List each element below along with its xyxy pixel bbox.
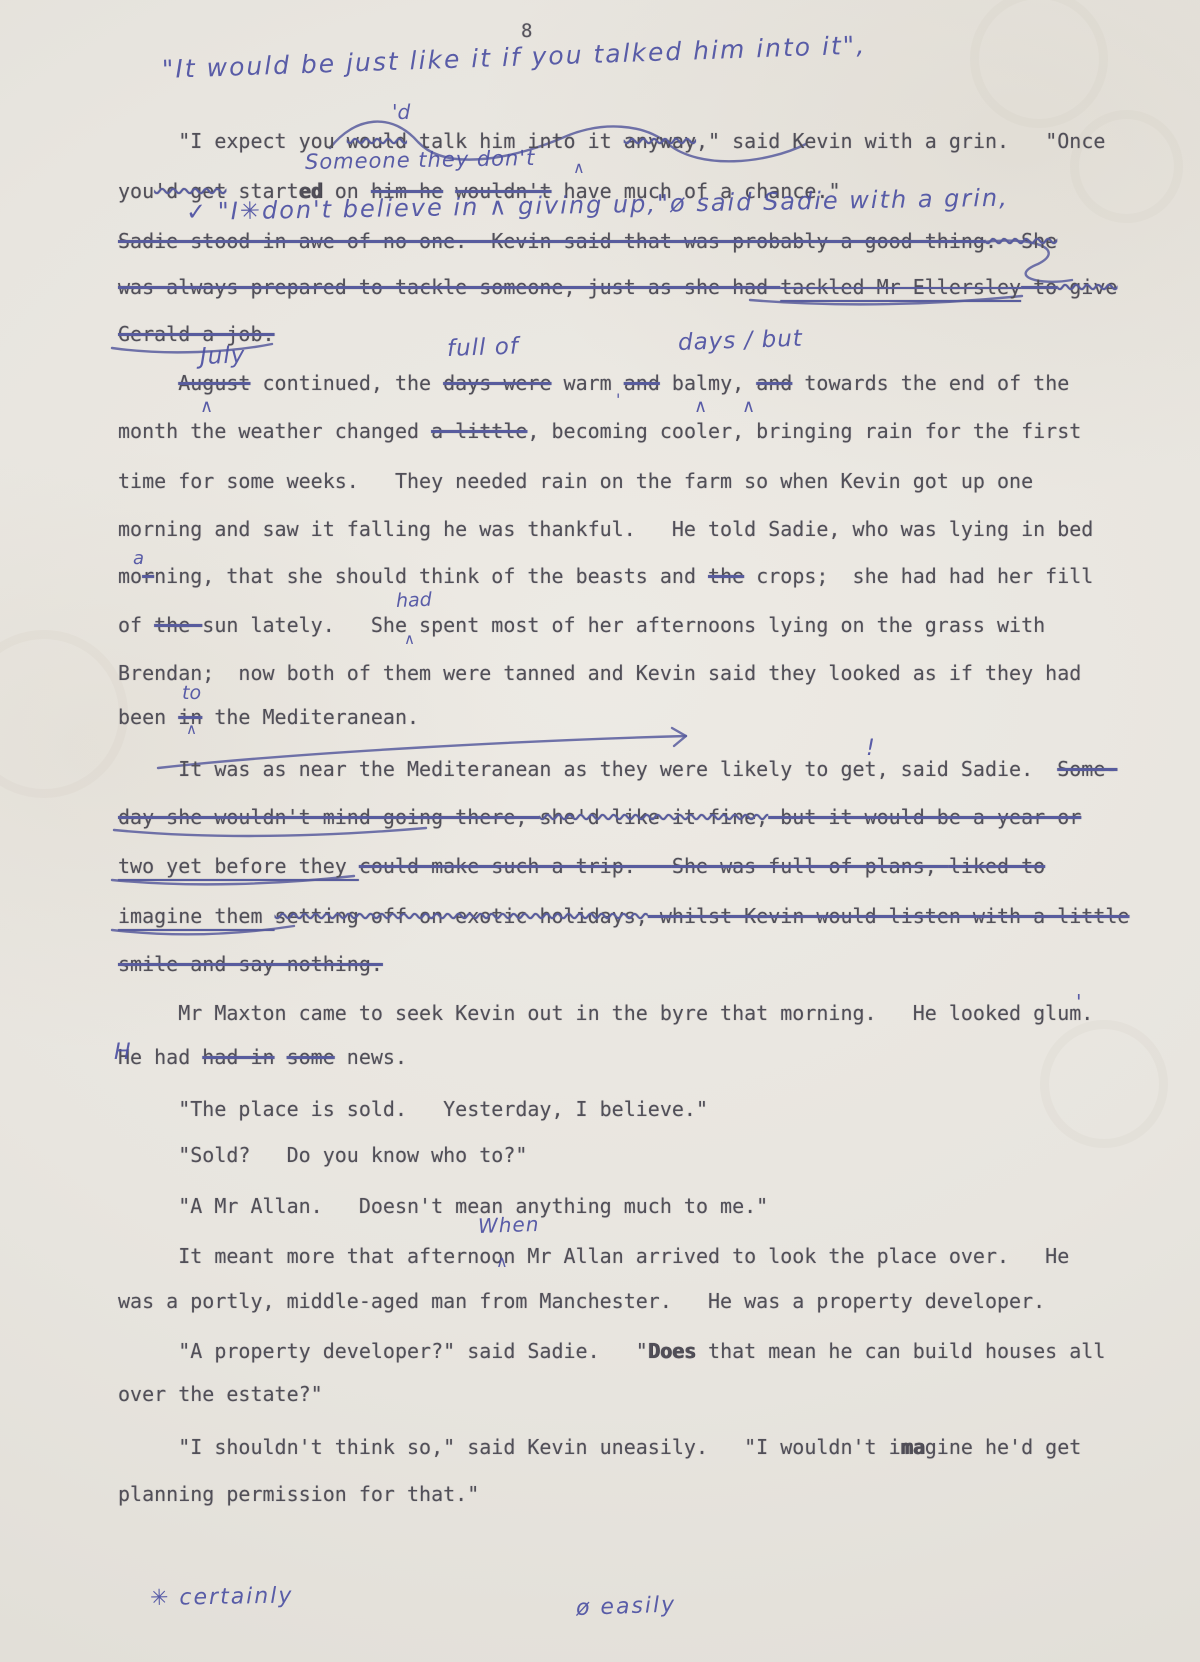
paper-texture-circle xyxy=(0,630,128,798)
typed-text: been xyxy=(118,705,178,729)
typed-text: ," said Kevin with a grin. "Once xyxy=(696,129,1105,153)
struck-typed-text: and xyxy=(756,371,792,395)
typed-text: "A Mr Allan. Doesn't mean anything much … xyxy=(118,1194,768,1218)
handwritten-annotation: a xyxy=(133,548,144,569)
struck-typed-text: and xyxy=(624,371,660,395)
typed-text: balmy, xyxy=(660,371,756,395)
handwritten-annotation: ∧ xyxy=(742,396,755,417)
typed-text: towards the end of the xyxy=(792,371,1069,395)
typed-text: Mr Allan arrived to look the place over.… xyxy=(515,1244,1069,1268)
typed-line: August continued, the days were warm and… xyxy=(118,372,1069,394)
typed-text: you xyxy=(118,179,154,203)
struck-typed-text: tackled Mr Ellersley xyxy=(780,275,1021,299)
typed-line: morning and saw it falling he was thankf… xyxy=(118,518,1093,540)
typed-line: month the weather changed a little, beco… xyxy=(118,420,1081,442)
typed-line: Brendan; now both of them were tanned an… xyxy=(118,662,1081,684)
pen-stroke xyxy=(114,828,426,836)
typed-line: of the sun lately. She spent most of her… xyxy=(118,614,1045,636)
typed-line: "The place is sold. Yesterday, I believe… xyxy=(118,1098,708,1120)
struck-typed-text: could make such a trip. xyxy=(359,854,672,878)
struck-typed-text: She was full of plans, xyxy=(672,854,949,878)
typed-line: day she wouldn't mind going there, she'd… xyxy=(118,806,1081,828)
typed-text: over the estate?" xyxy=(118,1382,323,1406)
struck-typed-text: but it would be a year or xyxy=(768,805,1081,829)
typed-text: warm xyxy=(552,371,624,395)
struck-typed-text: she'd like it fine, xyxy=(539,805,768,829)
struck-typed-text: smile and say nothing. xyxy=(118,952,383,976)
overtyped-text: ma xyxy=(901,1435,925,1459)
typed-line: He had had in some news. xyxy=(118,1046,407,1068)
typed-line: Mr Maxton came to seek Kevin out in the … xyxy=(118,1002,1093,1024)
struck-typed-text: was always prepared to tackle someone, j… xyxy=(118,275,780,299)
struck-typed-text: August xyxy=(178,371,250,395)
typed-line: planning permission for that." xyxy=(118,1483,479,1505)
typed-text: planning permission for that." xyxy=(118,1482,479,1506)
typed-line: over the estate?" xyxy=(118,1383,323,1405)
typed-text: It was as near the Mediteranean as they … xyxy=(118,757,1057,781)
typed-text: the Mediteranean. xyxy=(202,705,419,729)
struck-typed-text: had in xyxy=(202,1045,274,1069)
handwritten-annotation: ∧ xyxy=(404,630,415,648)
typed-line: "I shouldn't think so," said Kevin uneas… xyxy=(118,1436,1081,1458)
typed-text: He had xyxy=(118,1045,202,1069)
struck-typed-text: day she wouldn't mind going there, xyxy=(118,805,539,829)
typed-line: "A property developer?" said Sadie. "Doe… xyxy=(118,1340,1105,1362)
typed-text: , becoming cooler, bringing rain for the… xyxy=(527,419,1081,443)
manuscript-sheet: 8 "I expect you would talk him into it a… xyxy=(0,0,1200,1662)
typed-line: It was as near the Mediteranean as they … xyxy=(118,758,1117,780)
handwritten-annotation: days / but xyxy=(678,326,804,356)
handwritten-annotation: ' xyxy=(616,390,620,409)
overtyped-text: Does xyxy=(648,1339,696,1363)
typed-text: time for some weeks. They needed rain on… xyxy=(118,469,1033,493)
handwritten-annotation: ! xyxy=(866,736,875,761)
typed-text: "The place is sold. Yesterday, I believe… xyxy=(118,1097,708,1121)
typed-text: news. xyxy=(335,1045,407,1069)
typed-text: "Sold? Do you know who to?" xyxy=(118,1143,527,1167)
handwritten-annotation: "It would be just like it if you talked … xyxy=(161,30,866,84)
typed-text: continued, the xyxy=(250,371,443,395)
struck-typed-text: days were xyxy=(443,371,551,395)
struck-typed-text: the xyxy=(154,613,202,637)
handwritten-annotation: Someone they don't xyxy=(305,146,536,174)
pen-stroke xyxy=(672,728,686,746)
typed-line: Sadie stood in awe of no one. Kevin said… xyxy=(118,230,1057,252)
typed-text: morning and saw it falling he was thankf… xyxy=(118,517,1093,541)
underlined-typed-text: imagine them xyxy=(118,904,275,928)
struck-typed-text: liked to xyxy=(949,854,1045,878)
struck-typed-text: some xyxy=(287,1045,335,1069)
struck-typed-text: whilst Kevin would listen with a little xyxy=(648,904,1130,928)
struck-typed-text: give xyxy=(1057,275,1117,299)
typed-text: Mr Maxton came to seek Kevin out in the … xyxy=(118,1001,1093,1025)
handwritten-annotation: ✳ certainly xyxy=(150,1583,294,1610)
typed-line: was always prepared to tackle someone, j… xyxy=(118,276,1117,298)
handwritten-annotation: to xyxy=(182,682,201,704)
typed-line: imagine them setting off on exotic holid… xyxy=(118,905,1129,927)
underlined-typed-text: two yet before they xyxy=(118,854,359,878)
handwritten-annotation: ∧ xyxy=(200,396,213,417)
typed-text: crops; she had had her fill xyxy=(744,564,1093,588)
struck-typed-text: Sadie stood in awe of no one. xyxy=(118,229,491,253)
handwritten-annotation: ø easily xyxy=(576,1593,677,1621)
typed-text xyxy=(118,371,178,395)
handwritten-annotation: full of xyxy=(447,333,520,361)
typed-line: "I expect you would talk him into it any… xyxy=(118,130,1105,152)
typed-text: It meant more that afternoon xyxy=(118,1244,515,1268)
typed-line: Gerald a job. xyxy=(118,323,275,345)
struck-typed-text: the xyxy=(708,564,744,588)
typed-text: month the weather changed xyxy=(118,419,431,443)
handwritten-annotation: ' xyxy=(1076,990,1082,1014)
handwritten-annotation: had xyxy=(396,589,432,612)
typed-line: "Sold? Do you know who to?" xyxy=(118,1144,527,1166)
handwritten-annotation: ∧ xyxy=(694,396,707,417)
typed-text: of xyxy=(118,613,154,637)
typed-text: Brendan; now both of them were tanned an… xyxy=(118,661,1081,685)
typed-text: "A property developer?" said Sadie. " xyxy=(118,1339,648,1363)
typed-text xyxy=(275,1045,287,1069)
struck-typed-text: . She xyxy=(985,229,1057,253)
struck-typed-text: setting off on exotic holidays, xyxy=(275,904,648,928)
typed-text: "I shouldn't think so," said Kevin uneas… xyxy=(118,1435,901,1459)
struck-typed-text: to xyxy=(1021,275,1057,299)
page-number: 8 xyxy=(521,20,532,42)
struck-typed-text: Kevin said that was probably a good thin… xyxy=(491,229,985,253)
handwritten-annotation: July xyxy=(200,342,246,370)
paper-texture-circle xyxy=(1040,1020,1168,1148)
typed-text: was a portly, middle-aged man from Manch… xyxy=(118,1289,1045,1313)
struck-typed-text: anyway xyxy=(624,129,696,153)
paper-texture-circle xyxy=(1070,110,1183,223)
handwritten-annotation: ∧ xyxy=(186,720,197,738)
handwritten-annotation: 'd xyxy=(392,100,410,124)
handwritten-annotation: H xyxy=(114,1040,131,1065)
struck-typed-text: Some- xyxy=(1057,757,1117,781)
typed-line: been in the Mediteranean. xyxy=(118,706,419,728)
typed-text: sun lately. She spent most of her aftern… xyxy=(202,613,1045,637)
typed-text: gine he'd get xyxy=(925,1435,1082,1459)
paper-texture-circle xyxy=(970,0,1108,128)
typed-line: time for some weeks. They needed rain on… xyxy=(118,470,1033,492)
struck-typed-text: Gerald a job. xyxy=(118,322,275,346)
handwritten-annotation: ∧ xyxy=(496,1252,508,1271)
typed-line: smile and say nothing. xyxy=(118,953,383,975)
typed-line: was a portly, middle-aged man from Manch… xyxy=(118,1290,1045,1312)
handwritten-annotation: ∧ xyxy=(573,158,585,177)
handwritten-annotation: When xyxy=(478,1212,540,1238)
typed-line: It meant more that afternoon Mr Allan ar… xyxy=(118,1245,1069,1267)
typed-line: two yet before they could make such a tr… xyxy=(118,855,1045,877)
typed-line: "A Mr Allan. Doesn't mean anything much … xyxy=(118,1195,768,1217)
typed-text: ning, that she should think of the beast… xyxy=(154,564,708,588)
typed-text: that mean he can build houses all xyxy=(696,1339,1105,1363)
typed-line: morning, that she should think of the be… xyxy=(118,565,1093,587)
struck-typed-text: a little xyxy=(431,419,527,443)
